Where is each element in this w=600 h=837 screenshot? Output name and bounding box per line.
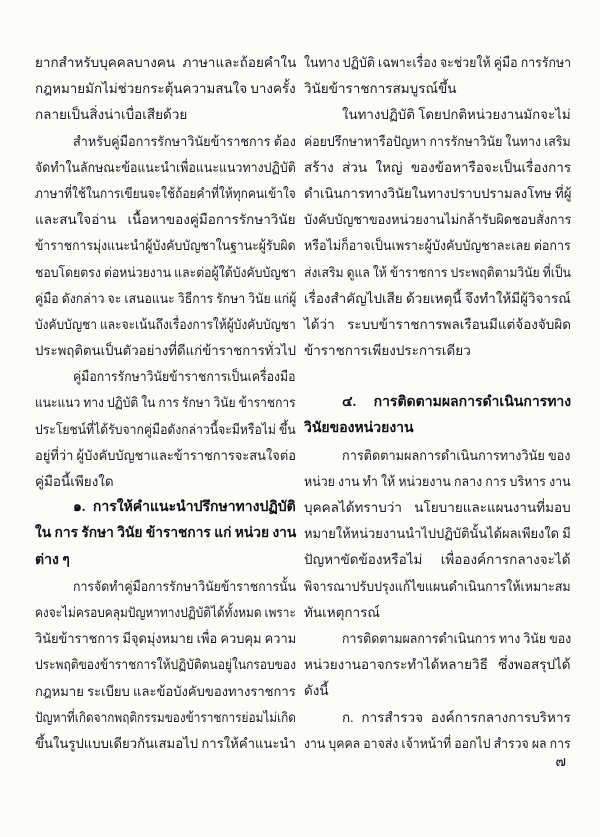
body-text-line: ได้ว่า ระบบข้าราชการพลเรือนมีแต่จ้องจับผ… [304,312,571,338]
body-text-line: ก. การสำรวจ องค์การกลางการบริหาร [304,705,571,731]
right-column: ในทาง ปฏิบัติ เฉพาะเรื่อง จะช่วยให้ คู่ม… [304,50,571,757]
body-text-line: ปัญหาที่เกิดจากพฤติกรรมของข้าราชการย่อมไ… [35,705,296,731]
line-text: ประโยชน์ที่ได้รับจากคู่มือดังกล่าวนี้จะม… [35,417,296,443]
line-text: สำหรับคู่มือการรักษาวินัยข้าราชการ ต้อง [73,129,296,155]
body-text-line: สำหรับคู่มือการรักษาวินัยข้าราชการ ต้อง [35,129,296,155]
line-text: จัดทำในลักษณะข้อแนะนำเพื่อแนะแนวทางปฏิบั… [35,155,296,181]
line-text: ทันเหตุการณ์ [304,600,380,626]
body-text-line: หน่วยงานอาจกระทำได้หลายวิธี ซึ่งพอสรุปได… [304,652,571,678]
body-text-line: ประโยชน์ที่ได้รับจากคู่มือดังกล่าวนี้จะม… [35,417,296,443]
body-text-line: คู่มือการรักษาวินัยข้าราชการเป็นเครื่องม… [35,364,296,390]
body-text-line: ขึ้นในรูปแบบเดียวกันเสมอไป การให้คำแนะนำ [35,731,296,757]
body-text-line: ยากสำหรับบุคคลบางคน ภาษาและถ้อยคำใน [35,50,296,76]
line-text: พิจารณาปรับปรุงแก้ไขแผนดำเนินการให้เหมาะ… [304,574,571,600]
line-text: ข้าราชการเพียงประการเดียว [304,338,471,364]
line-text: วินัยข้าราชการ มีจุดมุ่งหมาย เพื่อ ควบคุ… [35,626,296,652]
body-text-line: สร้าง ส่วน ใหญ่ ของข้อหารือจะเป็นเรื่องก… [304,155,571,181]
body-text-line: การติดตามผลการดำเนินการ ทาง วินัย ของ [304,626,571,652]
body-text-line: คงจะไม่ครอบคลุมปัญหาทางปฏิบัติได้ทั้งหมด… [35,600,296,626]
line-text: ประพฤติของข้าราชการให้ปฏิบัติตนอยู่ในกรอ… [35,652,296,678]
line-text: อยู่ที่ว่า ผู้บังคับบัญชาและข้าราชการจะส… [35,443,296,469]
body-text-line: พิจารณาปรับปรุงแก้ไขแผนดำเนินการให้เหมาะ… [304,574,571,600]
line-text: การติดตามผลการดำเนินการ ทาง วินัย ของ [342,626,571,652]
body-text-line: หน่วย งาน ทำ ให้ หน่วยงาน กลาง การ บริหา… [304,469,571,495]
line-text: หรือไม่ก็อาจเป็นเพราะผู้บังคับบัญชาละเลย… [304,233,571,259]
line-text: เรื่องสำคัญไปเสีย ด้วยเหตุนี้ จึงทำให้มี… [304,286,571,312]
line-text: และสนใจอ่าน เนื้อหาของคู่มือการรักษาวินั… [35,207,296,233]
body-text-line: ในทางปฏิบัติ โดยปกติหน่วยงานมักจะไม่ [304,102,571,128]
line-text: ค่อยปรึกษาหารือปัญหา การรักษาวินัย ในทาง… [304,129,571,155]
line-text: หน่วย งาน ทำ ให้ หน่วยงาน กลาง การ บริหา… [304,469,571,495]
left-column: ยากสำหรับบุคคลบางคน ภาษาและถ้อยคำในกฎหมา… [35,50,296,757]
line-text: คงจะไม่ครอบคลุมปัญหาทางปฏิบัติได้ทั้งหมด… [35,600,296,626]
body-text-line: ในทาง ปฏิบัติ เฉพาะเรื่อง จะช่วยให้ คู่ม… [304,50,571,76]
body-text-line: และสนใจอ่าน เนื้อหาของคู่มือการรักษาวินั… [35,207,296,233]
body-text-line: ชอบโดยตรง ต่อหน่วยงาน และต่อผู้ใต้บังคับ… [35,260,296,286]
line-text: บุคคลได้ทราบว่า นโยบายและแผนงานที่มอบ [304,495,571,521]
line-text: ยากสำหรับบุคคลบางคน ภาษาและถ้อยคำใน [35,50,296,76]
body-text-line: หมายให้หน่วยงานนำไปปฏิบัตินั้นได้ผลเพียง… [304,521,571,547]
body-text-line: ปัญหาขัดข้องหรือไม่ เพื่อองค์การกลางจะได… [304,547,571,573]
line-text: หน่วยงานอาจกระทำได้หลายวิธี ซึ่งพอสรุปได… [304,652,571,678]
line-text: คู่มือนี้เพียงใด [35,469,114,495]
line-text: ปัญหาขัดข้องหรือไม่ เพื่อองค์การกลางจะได… [304,547,571,573]
line-text: วินัยของหน่วยงาน [304,416,414,442]
line-text: แนะแนว ทาง ปฏิบัติ ใน การ รักษา วินัย ข้… [35,390,296,416]
line-text: บังคับบัญชาของหน่วยงานไม่กล้ารับผิดชอบสั… [304,207,571,233]
body-text-line: หรือไม่ก็อาจเป็นเพราะผู้บังคับบัญชาละเลย… [304,233,571,259]
line-text: บังคับบัญชา และจะเน้นถึงเรื่องการให้ผู้บ… [35,312,296,338]
line-text: คู่มือการรักษาวินัยข้าราชการเป็นเครื่องม… [73,364,296,390]
line-text: การจัดทำคู่มือการรักษาวินัยข้าราชการนั้น [73,574,296,600]
line-text: ต่าง ๆ [35,548,70,574]
body-text-line: คู่มือนี้เพียงใด [35,469,296,495]
body-text-line: วินัยข้าราชการ มีจุดมุ่งหมาย เพื่อ ควบคุ… [35,626,296,652]
line-text: ดำเนินการทางวินัยในทางปราบปรามลงโทษ ที่ผ… [304,181,571,207]
line-text: ชอบโดยตรง ต่อหน่วยงาน และต่อผู้ใต้บังคับ… [35,260,296,286]
body-text-line: ทันเหตุการณ์ [304,600,571,626]
line-text: ขึ้นในรูปแบบเดียวกันเสมอไป การให้คำแนะนำ [35,731,296,757]
body-text-line: ข้าราชการเพียงประการเดียว [304,338,571,364]
body-text-line: การจัดทำคู่มือการรักษาวินัยข้าราชการนั้น [35,574,296,600]
line-text: สร้าง ส่วน ใหญ่ ของข้อหารือจะเป็นเรื่องก… [304,155,571,181]
body-text-line: อยู่ที่ว่า ผู้บังคับบัญชาและข้าราชการจะส… [35,443,296,469]
body-text-line: ดังนี้ [304,678,571,704]
line-text: ก. การสำรวจ องค์การกลางการบริหาร [342,705,571,731]
body-text-line: ค่อยปรึกษาหารือปัญหา การรักษาวินัย ในทาง… [304,129,571,155]
line-text: ภาษาที่ใช้ในการเขียนจะใช้ถ้อยคำที่ให้ทุก… [35,181,296,207]
body-text-line: ส่งเสริม ดูแล ให้ ข้าราชการ ประพฤติตามวิ… [304,260,571,286]
body-text-line: เรื่องสำคัญไปเสีย ด้วยเหตุนี้ จึงทำให้มี… [304,286,571,312]
line-text: ได้ว่า ระบบข้าราชการพลเรือนมีแต่จ้องจับผ… [304,312,571,338]
scanned-document-page: ยากสำหรับบุคคลบางคน ภาษาและถ้อยคำในกฎหมา… [0,0,600,837]
section-heading-line: ๑. การให้คำแนะนำปรึกษาทางปฏิบัติ [35,495,296,521]
line-text: ในทางปฏิบัติ โดยปกติหน่วยงานมักจะไม่ [342,102,571,128]
line-text: กฎหมายมักไม่ช่วยกระตุ้นความสนใจ บางครั้ง [35,76,296,102]
body-text-line: ดำเนินการทางวินัยในทางปราบปรามลงโทษ ที่ผ… [304,181,571,207]
line-text: กฎหมาย ระเบียบ และข้อบังคับของทางราชการ [35,679,296,705]
body-text-line: กลายเป็นสิ่งน่าเบื่อเสียด้วย [35,102,296,128]
section-heading-line: ๔. การติดตามผลการดำเนินการทาง [304,390,571,416]
line-text: ใน การ รักษา วินัย ข้าราชการ แก่ หน่วย ง… [35,521,296,547]
line-text: ข้าราชการมุ่งแนะนำผู้บังคับบัญชาในฐานะผู… [35,233,296,259]
body-text-line: ประพฤติของข้าราชการให้ปฏิบัติตนอยู่ในกรอ… [35,652,296,678]
page-number: ๗ [555,753,566,773]
section-heading-line: ต่าง ๆ [35,548,296,574]
line-text: กลายเป็นสิ่งน่าเบื่อเสียด้วย [35,102,187,128]
body-text-line: บุคคลได้ทราบว่า นโยบายและแผนงานที่มอบ [304,495,571,521]
line-text: ประพฤติตนเป็นตัวอย่างที่ดีแก่ข้าราชการทั… [35,338,296,364]
line-text: งาน บุคคล อาจส่ง เจ้าหน้าที่ ออกไป สำรวจ… [304,731,571,757]
body-text-line: งาน บุคคล อาจส่ง เจ้าหน้าที่ ออกไป สำรวจ… [304,731,571,757]
body-text-line: กฎหมาย ระเบียบ และข้อบังคับของทางราชการ [35,679,296,705]
body-text-line: กฎหมายมักไม่ช่วยกระตุ้นความสนใจ บางครั้ง [35,76,296,102]
line-text: ๔. การติดตามผลการดำเนินการทาง [342,390,571,416]
line-text: หมายให้หน่วยงานนำไปปฏิบัตินั้นได้ผลเพียง… [304,521,571,547]
body-text-line: วินัยข้าราชการสมบูรณ์ขึ้น [304,76,571,102]
body-text-line: จัดทำในลักษณะข้อแนะนำเพื่อแนะแนวทางปฏิบั… [35,155,296,181]
line-text: ปัญหาที่เกิดจากพฤติกรรมของข้าราชการย่อมไ… [35,705,296,731]
line-text: ในทาง ปฏิบัติ เฉพาะเรื่อง จะช่วยให้ คู่ม… [304,50,571,76]
section-heading-line: วินัยของหน่วยงาน [304,416,571,442]
body-text-line: การติดตามผลการดำเนินการทางวินัย ของ [304,443,571,469]
line-text: ดังนี้ [304,678,329,704]
body-text-line: บังคับบัญชา และจะเน้นถึงเรื่องการให้ผู้บ… [35,312,296,338]
body-text-line: ภาษาที่ใช้ในการเขียนจะใช้ถ้อยคำที่ให้ทุก… [35,181,296,207]
body-text-line: ประพฤติตนเป็นตัวอย่างที่ดีแก่ข้าราชการทั… [35,338,296,364]
body-text-line: บังคับบัญชาของหน่วยงานไม่กล้ารับผิดชอบสั… [304,207,571,233]
body-text-line: แนะแนว ทาง ปฏิบัติ ใน การ รักษา วินัย ข้… [35,390,296,416]
section-heading-line: ใน การ รักษา วินัย ข้าราชการ แก่ หน่วย ง… [35,521,296,547]
line-text: ส่งเสริม ดูแล ให้ ข้าราชการ ประพฤติตามวิ… [304,260,571,286]
body-text-line: ข้าราชการมุ่งแนะนำผู้บังคับบัญชาในฐานะผู… [35,233,296,259]
line-text: คู่มือ ดังกล่าว จะ เสนอแนะ วิธีการ รักษา… [35,286,296,312]
line-text: ๑. การให้คำแนะนำปรึกษาทางปฏิบัติ [73,495,296,521]
line-text: วินัยข้าราชการสมบูรณ์ขึ้น [304,76,456,102]
body-text-line: คู่มือ ดังกล่าว จะ เสนอแนะ วิธีการ รักษา… [35,286,296,312]
line-text: การติดตามผลการดำเนินการทางวินัย ของ [342,443,571,469]
